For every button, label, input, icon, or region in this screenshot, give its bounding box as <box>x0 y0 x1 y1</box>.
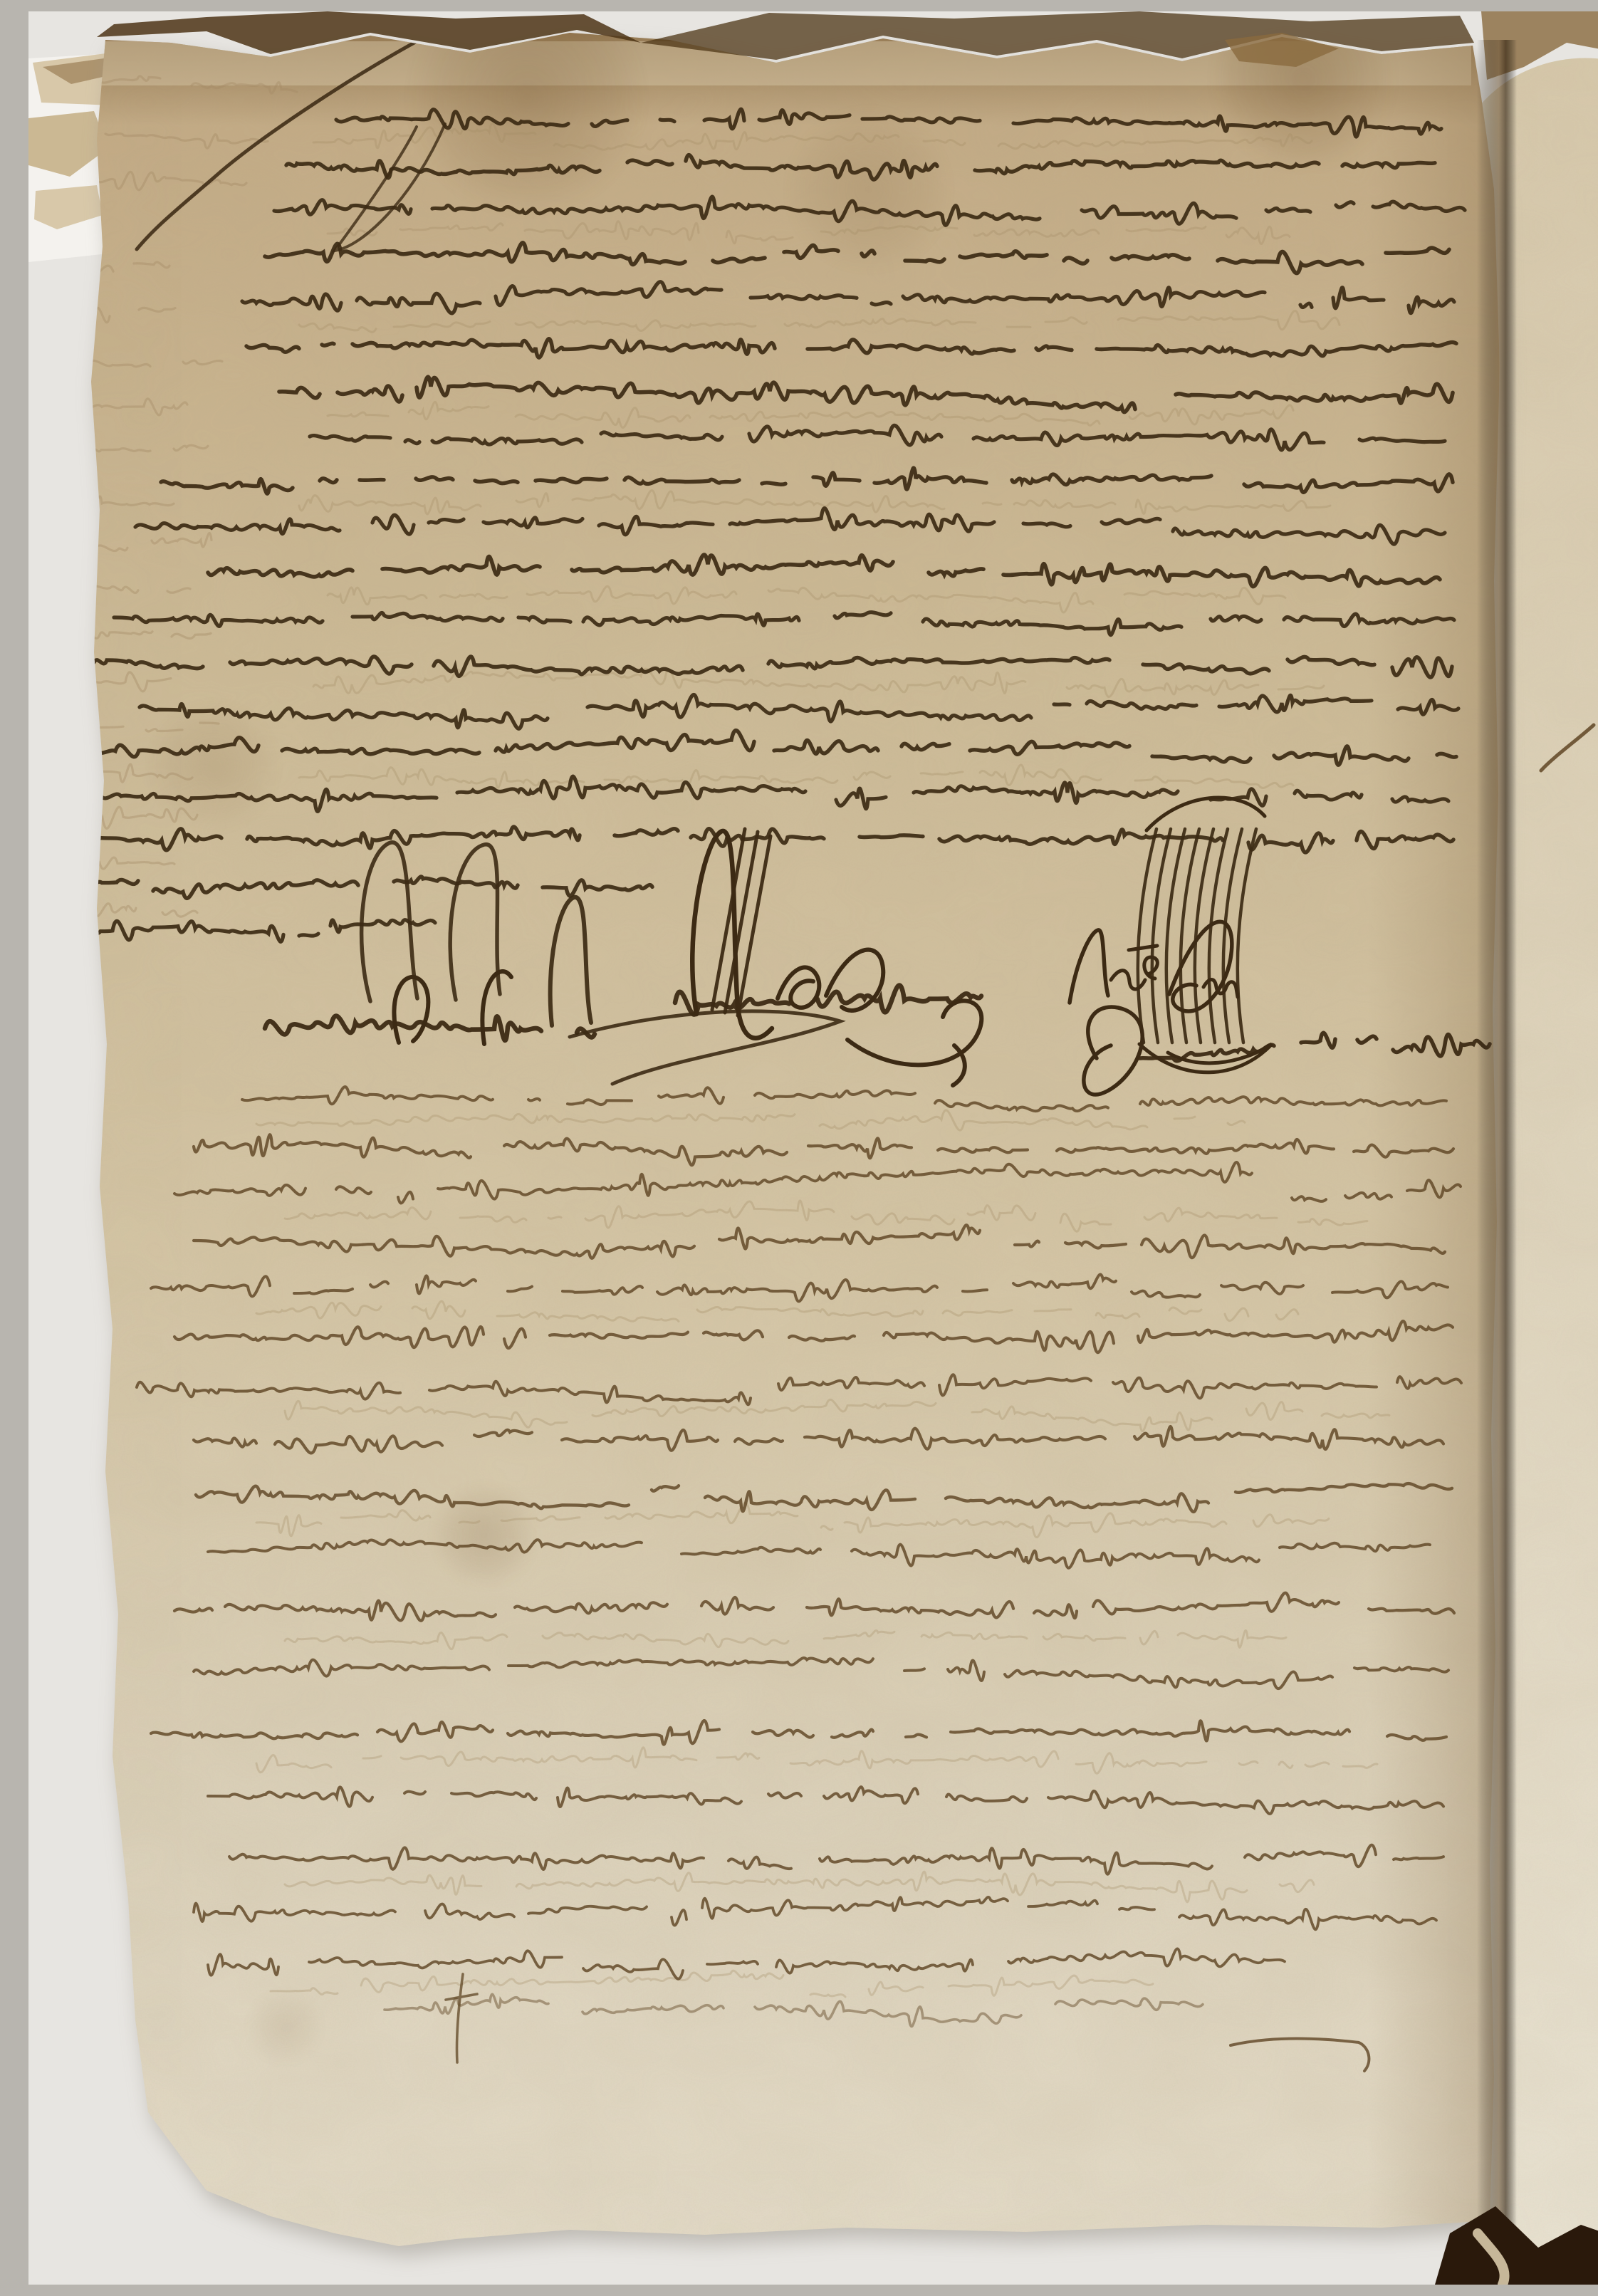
document-scan: Recto page of an early-modern Spanish no… <box>28 11 1598 2285</box>
page-gutter-crevice <box>1477 40 1517 2285</box>
ink-stain <box>246 1988 324 2066</box>
ink-stain <box>146 699 281 834</box>
manuscript-scan-svg <box>28 11 1598 2285</box>
page-surface <box>28 11 1598 2285</box>
